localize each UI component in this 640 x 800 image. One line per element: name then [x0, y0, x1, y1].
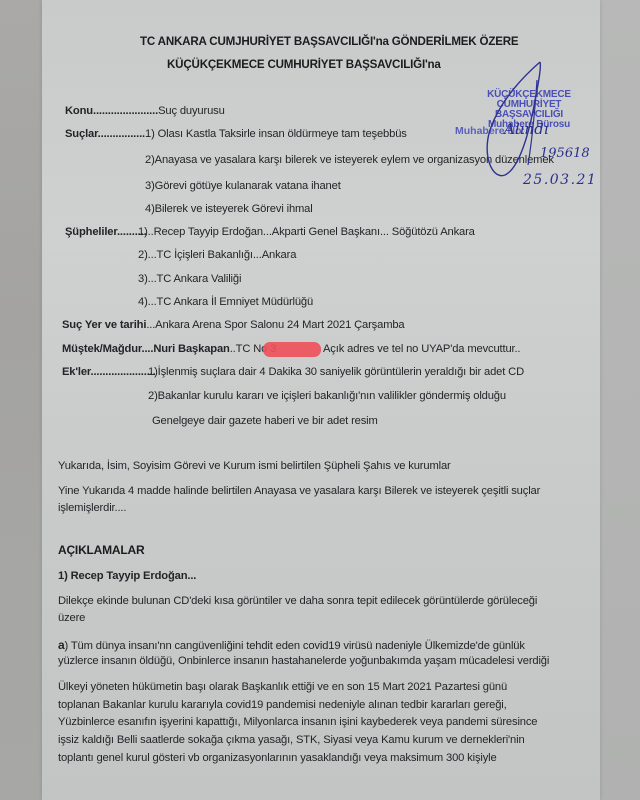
paragraph-3-line-2: üzere	[58, 612, 85, 624]
mustek-rest: Açık adres ve tel no UYAP'da mevcuttur..	[323, 343, 520, 355]
subsection-title: 1) Recep Tayyip Erdoğan...	[58, 570, 196, 582]
paragraph-4-line-1: a) Tüm dünya insanı'nn cangüvenliğini te…	[58, 638, 525, 652]
header-line-2: KÜÇÜKÇEKMECE CUMHURİYET BAŞSAVCILIĞI'na	[167, 58, 441, 71]
ek-item-1: 1)İşlenmiş suçlara dair 4 Dakika 30 sani…	[148, 366, 524, 378]
supheliler-label: Şüpheliler..........	[65, 226, 147, 238]
suspect-item-3: 3)...TC Ankara Valiliği	[138, 273, 241, 285]
suspect-item-2: 2)...TC İçişleri Bakanlığı...Ankara	[138, 249, 296, 261]
handwritten-received: Alındı	[504, 120, 549, 138]
konu-label: Konu......................	[65, 105, 158, 117]
suspect-item-1: 1)..Recep Tayyip Erdoğan...Akparti Genel…	[138, 226, 475, 238]
suclar-row: Suçlar................	[65, 128, 145, 140]
stamp-line-2: CUMHURİYET BAŞSAVCILIĞI	[464, 100, 594, 120]
suclar-label: Suçlar................	[65, 128, 145, 140]
paragraph-5-line-5: toplantı genel kurul gösteri vb organiza…	[58, 752, 497, 764]
paragraph-2-line-2: işlemişlerdir....	[58, 502, 126, 514]
paragraph-5-line-1: Ülkeyi yöneten hükümetin başı olarak Baş…	[58, 681, 507, 693]
paragraph-4-text: ) Tüm dünya insanı'nn cangüvenliğini teh…	[65, 640, 525, 652]
ekler-label: Ek'ler......................	[62, 366, 156, 378]
suc-item-1: 1) Olası Kastla Taksirle insan öldürmeye…	[145, 128, 407, 140]
paragraph-3-line-1: Dilekçe ekinde bulunan CD'deki kısa görü…	[58, 595, 537, 607]
paragraph-5-line-2: toplanan Bakanlar kurulu kararıyla covid…	[58, 699, 507, 711]
section-title: AÇIKLAMALAR	[58, 543, 144, 557]
paragraph-4-line-2: yüzlerce insanın öldüğü, Onbinlerce insa…	[58, 655, 549, 667]
ek-item-2: 2)Bakanlar kurulu kararı ve içişleri bak…	[148, 390, 506, 402]
suspect-item-4: 4)...TC Ankara İl Emniyet Müdürlüğü	[138, 296, 313, 308]
redaction-mark	[263, 342, 321, 357]
suc-item-2: 2)Anayasa ve yasalara karşı bilerek ve i…	[145, 154, 554, 166]
background-left	[0, 0, 42, 800]
handwritten-date: 25.03.21	[523, 172, 597, 188]
mustek-label: Müştek/Mağdur	[62, 343, 141, 355]
mustek-value: ....Nuri Başkapan	[141, 343, 229, 355]
paragraph-2-line-1: Yine Yukarıda 4 madde halinde belirtilen…	[58, 485, 540, 497]
suc-item-4: 4)Bilerek ve isteyerek Görevi ihmal	[145, 203, 313, 215]
background-right	[600, 0, 640, 800]
paragraph-5-line-4: işsiz kaldığı Belli saatlerde sokağa çık…	[58, 734, 525, 746]
paragraph-1: Yukarıda, İsim, Soyisim Görevi ve Kurum …	[58, 460, 451, 472]
suc-item-3: 3)Görevi götüye kulanarak vatana ihanet	[145, 180, 341, 192]
mustek-row: Müştek/Mağdur....Nuri Başkapan..TC No 3	[62, 343, 276, 355]
suc-yer-row: Suç Yer ve tarihi...Ankara Arena Spor Sa…	[62, 319, 405, 331]
ek-item-2-cont: Genelgeye dair gazete haberi ve bir adet…	[152, 415, 378, 427]
suc-yer-label: Suç Yer ve tarihi	[62, 319, 146, 331]
konu-value: Suç duyurusu	[158, 105, 225, 117]
suc-yer-value: ...Ankara Arena Spor Salonu 24 Mart 2021…	[146, 319, 404, 331]
konu-row: Konu......................Suç duyurusu	[65, 105, 225, 117]
header-line-1: TC ANKARA CUMJHURİYET BAŞSAVCILIĞI'na GÖ…	[140, 35, 518, 48]
paragraph-5-line-3: Yüzbinlerce esanıfın işyerini kapattığı,…	[58, 716, 537, 728]
